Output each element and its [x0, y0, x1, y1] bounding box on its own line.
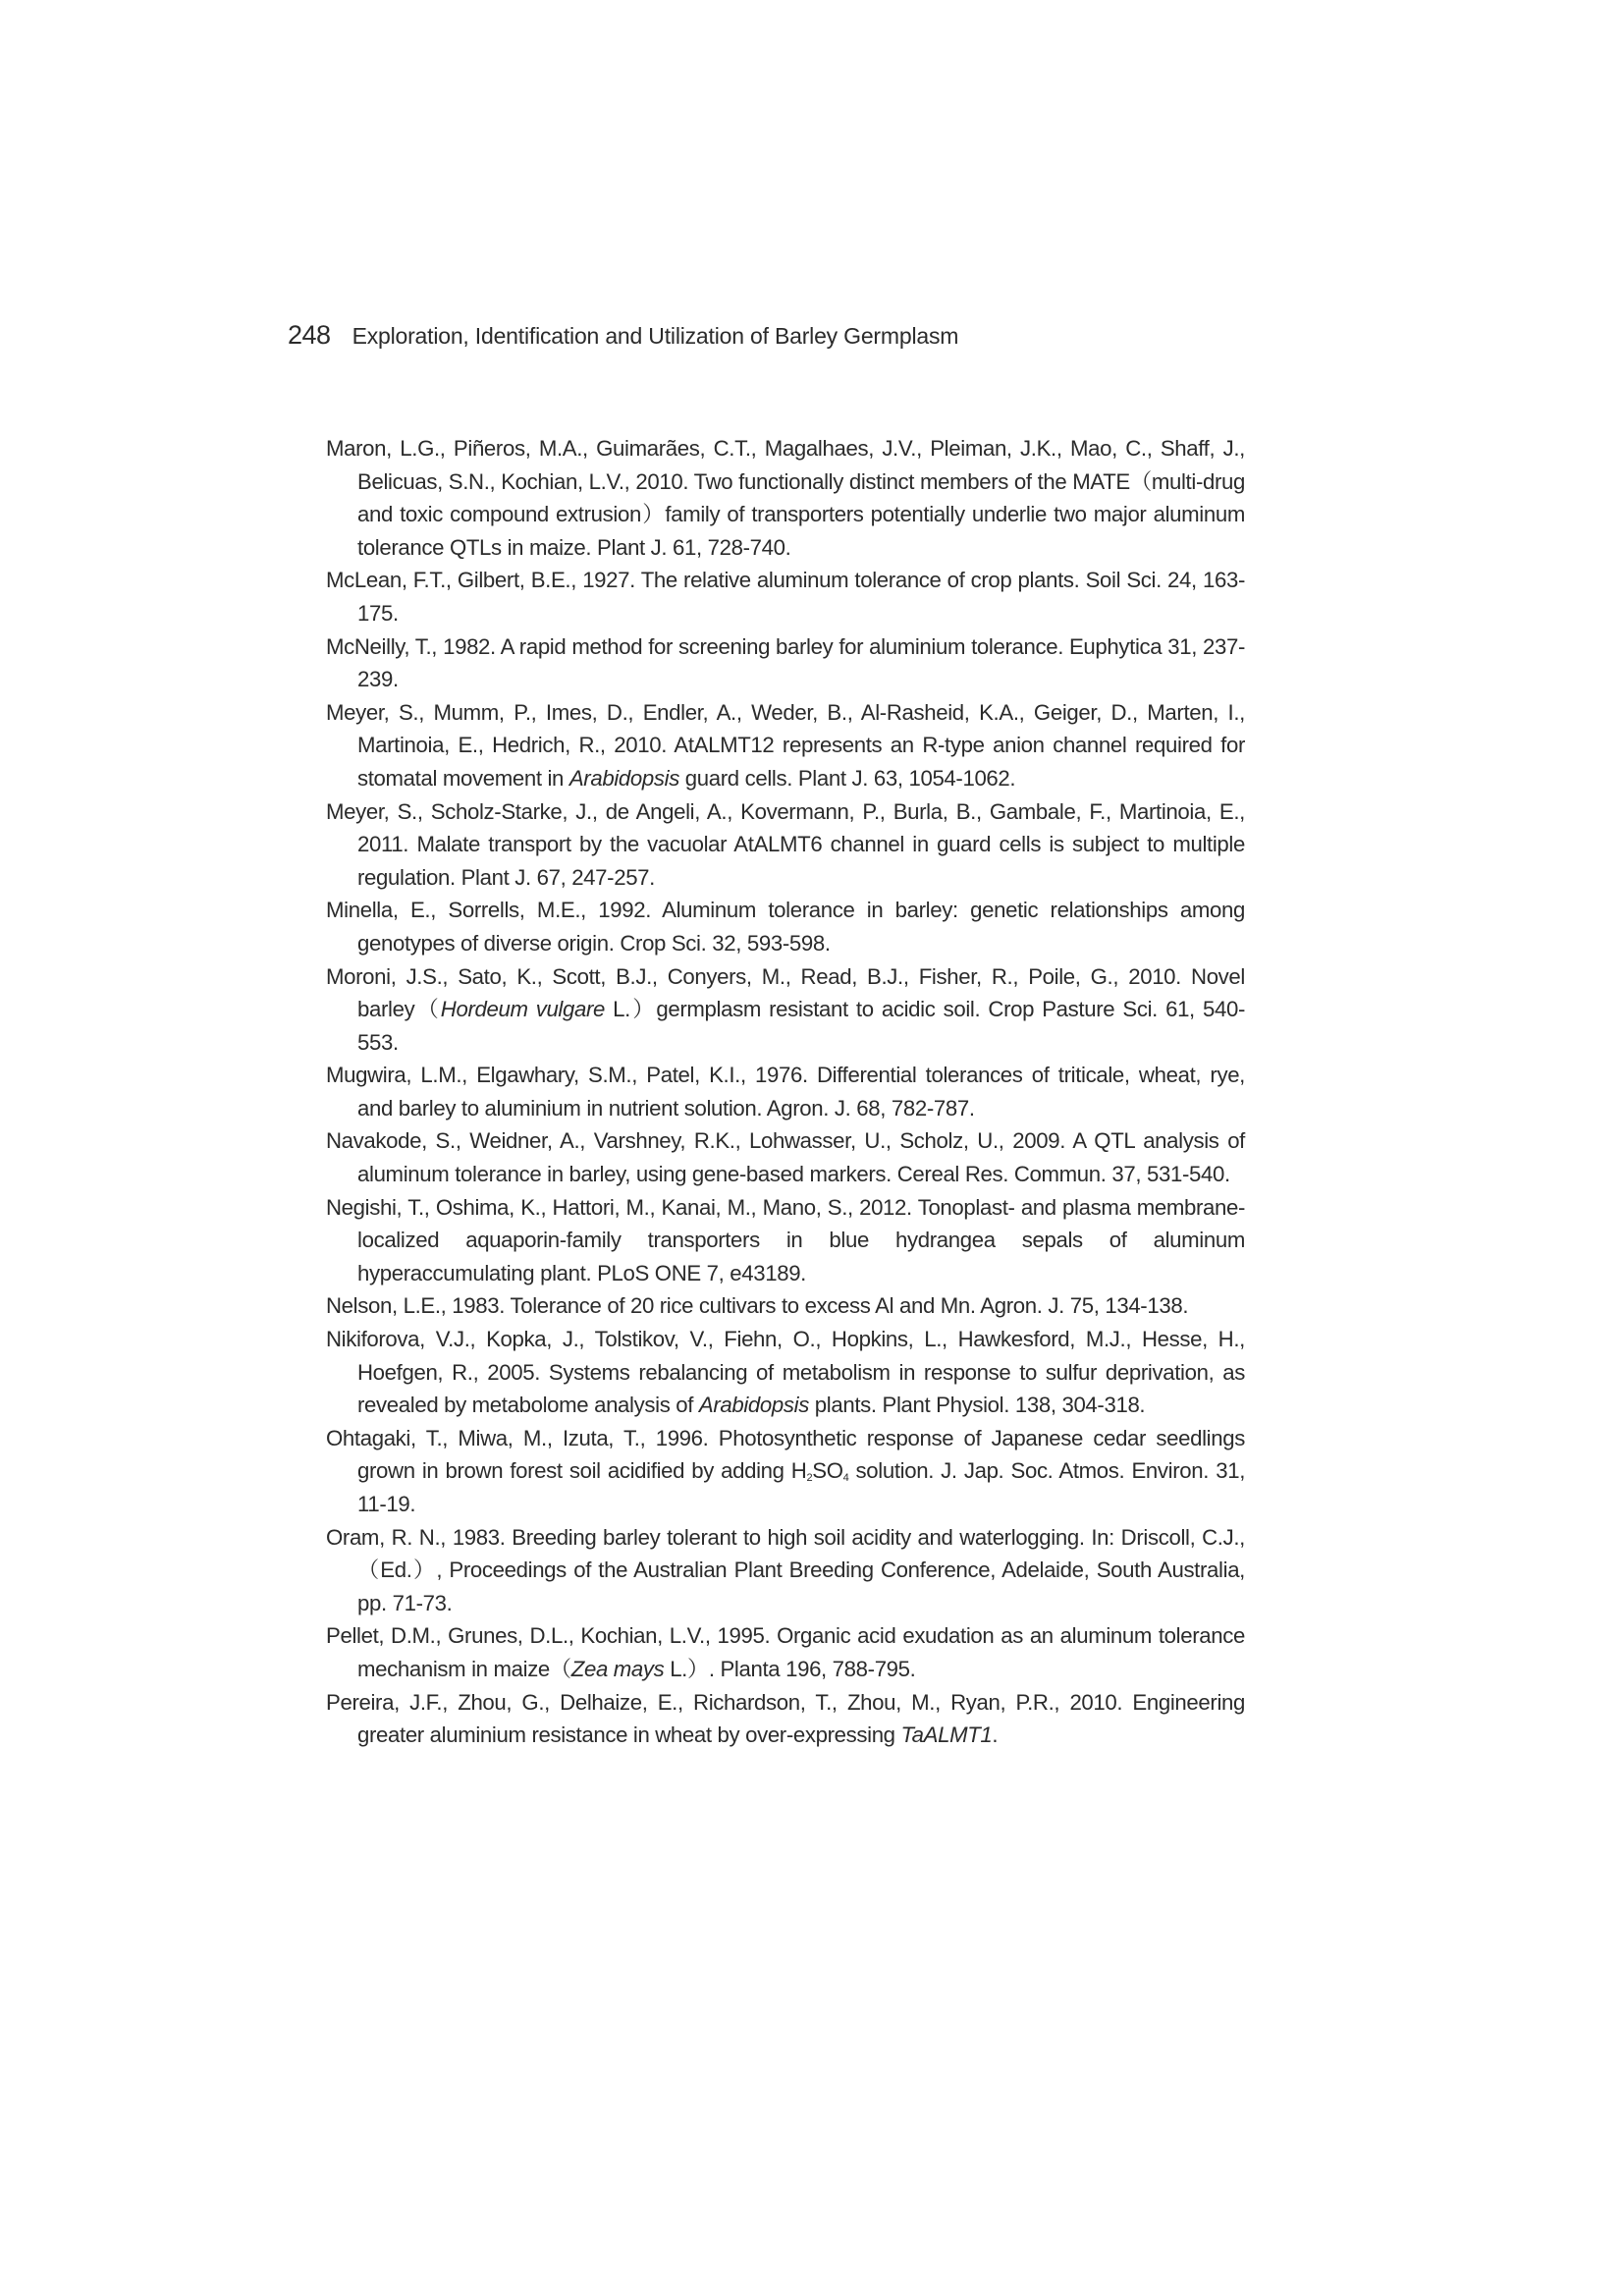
- reference-text: SO: [812, 1458, 842, 1483]
- reference-text: Pereira, J.F., Zhou, G., Delhaize, E., R…: [326, 1690, 1245, 1748]
- reference-entry: Mugwira, L.M., Elgawhary, S.M., Patel, K…: [326, 1059, 1245, 1124]
- reference-text: Negishi, T., Oshima, K., Hattori, M., Ka…: [326, 1195, 1245, 1285]
- reference-entry: Ohtagaki, T., Miwa, M., Izuta, T., 1996.…: [326, 1422, 1245, 1521]
- running-title: Exploration, Identification and Utilizat…: [352, 323, 959, 349]
- reference-text: Minella, E., Sorrells, M.E., 1992. Alumi…: [326, 898, 1245, 956]
- reference-text: L.）. Planta 196, 788-795.: [664, 1657, 915, 1681]
- reference-entry: Meyer, S., Mumm, P., Imes, D., Endler, A…: [326, 696, 1245, 795]
- reference-entry: Oram, R. N., 1983. Breeding barley toler…: [326, 1521, 1245, 1620]
- reference-text: Nelson, L.E., 1983. Tolerance of 20 rice…: [326, 1293, 1188, 1318]
- reference-entry: McNeilly, T., 1982. A rapid method for s…: [326, 630, 1245, 696]
- reference-list: Maron, L.G., Piñeros, M.A., Guimarães, C…: [326, 432, 1245, 1752]
- reference-entry: Meyer, S., Scholz-Starke, J., de Angeli,…: [326, 795, 1245, 895]
- page-number: 248: [288, 320, 331, 350]
- reference-entry: Navakode, S., Weidner, A., Varshney, R.K…: [326, 1124, 1245, 1190]
- reference-text: Oram, R. N., 1983. Breeding barley toler…: [326, 1525, 1245, 1615]
- reference-text: .: [992, 1722, 998, 1747]
- reference-entry: McLean, F.T., Gilbert, B.E., 1927. The r…: [326, 564, 1245, 629]
- reference-entry: Minella, E., Sorrells, M.E., 1992. Alumi…: [326, 894, 1245, 959]
- reference-text: McLean, F.T., Gilbert, B.E., 1927. The r…: [326, 568, 1245, 626]
- reference-text: McNeilly, T., 1982. A rapid method for s…: [326, 634, 1245, 692]
- italic-term: Arabidopsis: [699, 1393, 809, 1417]
- page-header: 248Exploration, Identification and Utili…: [288, 320, 958, 351]
- italic-term: TaALMT1: [901, 1722, 993, 1747]
- reference-entry: Maron, L.G., Piñeros, M.A., Guimarães, C…: [326, 432, 1245, 564]
- reference-entry: Pellet, D.M., Grunes, D.L., Kochian, L.V…: [326, 1619, 1245, 1685]
- reference-text: Navakode, S., Weidner, A., Varshney, R.K…: [326, 1128, 1245, 1186]
- reference-text: Maron, L.G., Piñeros, M.A., Guimarães, C…: [326, 436, 1245, 560]
- reference-text: guard cells. Plant J. 63, 1054-1062.: [679, 766, 1015, 791]
- reference-entry: Pereira, J.F., Zhou, G., Delhaize, E., R…: [326, 1686, 1245, 1752]
- reference-text: plants. Plant Physiol. 138, 304-318.: [809, 1393, 1145, 1417]
- italic-term: Arabidopsis: [569, 766, 679, 791]
- reference-entry: Nelson, L.E., 1983. Tolerance of 20 rice…: [326, 1289, 1245, 1323]
- reference-entry: Moroni, J.S., Sato, K., Scott, B.J., Con…: [326, 960, 1245, 1060]
- italic-term: Hordeum vulgare: [441, 997, 605, 1021]
- reference-entry: Nikiforova, V.J., Kopka, J., Tolstikov, …: [326, 1323, 1245, 1422]
- italic-term: Zea mays: [571, 1657, 665, 1681]
- reference-entry: Negishi, T., Oshima, K., Hattori, M., Ka…: [326, 1191, 1245, 1290]
- reference-text: Mugwira, L.M., Elgawhary, S.M., Patel, K…: [326, 1063, 1245, 1121]
- reference-text: Meyer, S., Scholz-Starke, J., de Angeli,…: [326, 799, 1245, 890]
